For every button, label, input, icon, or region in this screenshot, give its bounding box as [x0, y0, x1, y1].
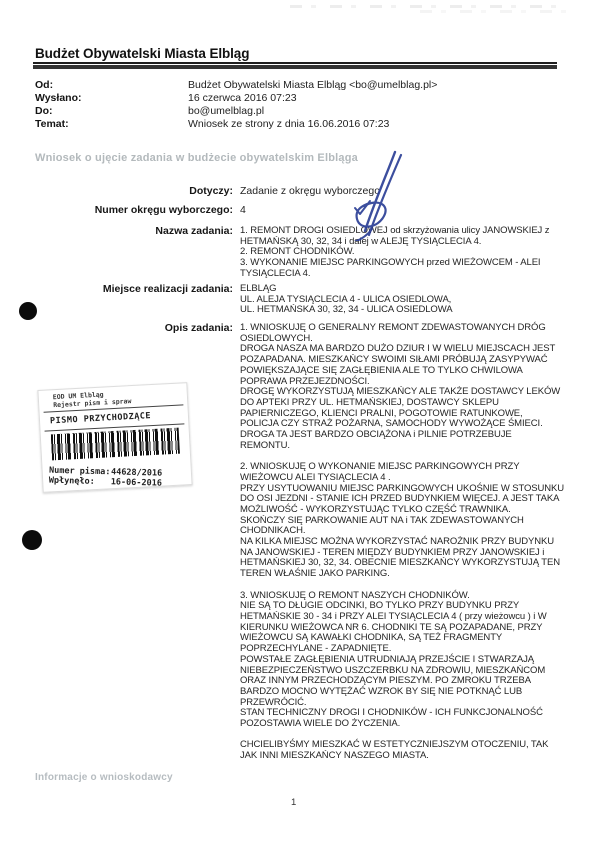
barcode-icon [51, 428, 180, 461]
footer-section-title: Informacje o wnioskodawcy [35, 772, 173, 783]
punch-hole-dot [19, 302, 37, 320]
mail-field-label: Wysłano: [35, 92, 81, 105]
mail-field-value: 16 czerwca 2016 07:23 [188, 92, 297, 105]
mail-field-label: Od: [35, 79, 53, 92]
field-label: Opis zadania: [0, 323, 233, 334]
field-value: ELBLĄG UL. ALEJA TYSIĄCLECIA 4 - ULICA O… [240, 284, 575, 316]
page-number: 1 [291, 797, 296, 808]
punch-hole-dot [22, 530, 42, 550]
scanned-document-page: Budżet Obywatelski Miasta Elbląg Od: Bud… [0, 0, 589, 842]
document-title: Budżet Obywatelski Miasta Elbląg [35, 46, 249, 61]
scanner-artifact [290, 5, 570, 8]
field-label: Miejsce realizacji zadania: [0, 284, 233, 295]
mail-field-value: bo@umelblag.pl [188, 105, 264, 118]
mail-field-value: Budżet Obywatelski Miasta Elbląg <bo@ume… [188, 79, 437, 92]
handwritten-paraph-icon [343, 149, 415, 241]
field-value: 1. WNIOSKUJĘ O GENERALNY REMONT ZDEWASTO… [240, 323, 575, 762]
mail-field-label: Temat: [35, 118, 69, 131]
stamp-received-label: Wpłynęło: [49, 476, 111, 488]
mail-field-label: Do: [35, 105, 53, 118]
stamp-received-value: 16-06-2016 [111, 477, 162, 488]
scanner-artifact [420, 10, 570, 13]
header-rule [33, 62, 557, 69]
form-section-title: Wniosek o ujęcie zadania w budżecie obyw… [35, 152, 358, 164]
field-label: Nazwa zadania: [0, 226, 233, 237]
stamp-numbers: Numer pisma: 44628/2016 Wpłynęło: 16-06-… [47, 466, 187, 490]
mail-field-value: Wniosek ze strony z dnia 16.06.2016 07:2… [188, 118, 389, 131]
registry-stamp-sticker: EOD UM Elbląg Rejestr pism i spraw PISMO… [37, 382, 192, 493]
field-label: Numer okręgu wyborczego: [0, 205, 233, 216]
field-label: Dotyczy: [0, 186, 233, 197]
